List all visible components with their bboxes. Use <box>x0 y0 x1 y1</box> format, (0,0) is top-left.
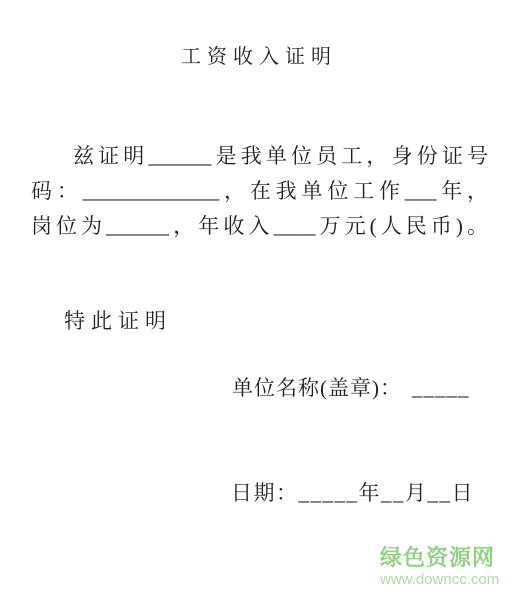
body-paragraph: 兹证明______是我单位员工，身份证号 码：_____________，在我单… <box>31 139 488 244</box>
closing-statement: 特此证明 <box>64 305 172 335</box>
watermark: 绿色资源网 www.downcc.com <box>380 545 499 589</box>
date-line: 日期：_____年__月__日 <box>231 477 474 507</box>
unit-name-blank: _____ <box>412 376 470 400</box>
document-title: 工资收入证明 <box>0 40 518 69</box>
body-line-1: 兹证明______是我单位员工，身份证号 <box>31 139 488 174</box>
watermark-site-url: www.downcc.com <box>380 571 499 589</box>
body-line-2: 码：_____________，在我单位工作___年， <box>31 174 488 209</box>
unit-name-label: 单位名称(盖章)： <box>232 376 402 400</box>
unit-name-line: 单位名称(盖章)：_____ <box>232 372 470 402</box>
watermark-site-name: 绿色资源网 <box>380 545 499 571</box>
certificate-document: 工资收入证明 兹证明______是我单位员工，身份证号 码：__________… <box>0 0 518 605</box>
body-line-3: 岗位为______，年收入____万元(人民币)。 <box>31 209 488 244</box>
